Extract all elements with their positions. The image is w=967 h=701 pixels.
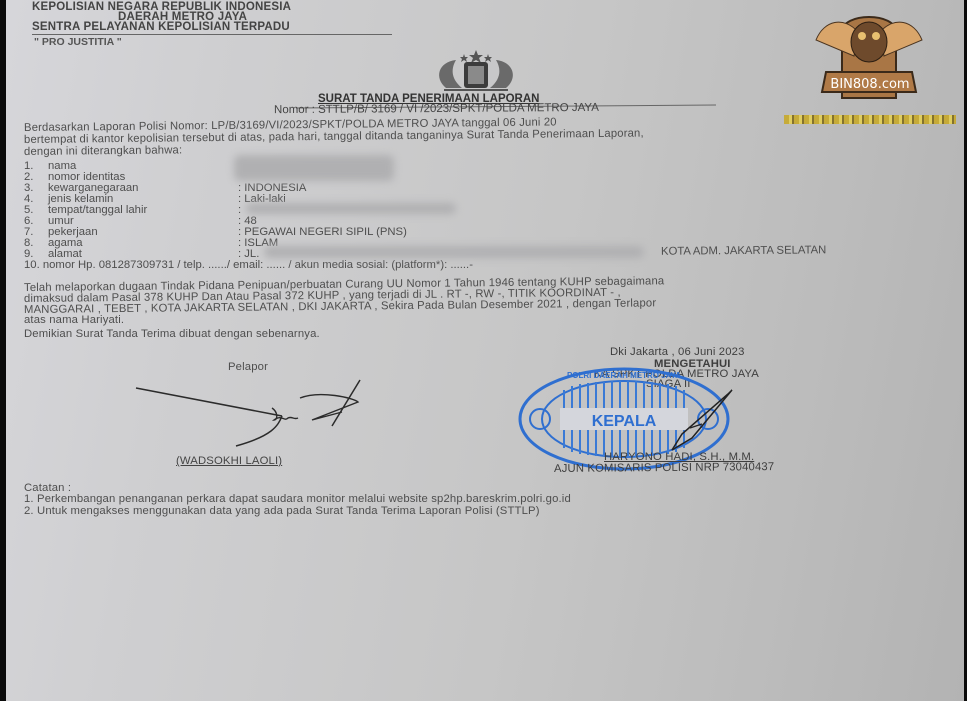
document-number: Nomor : STTLP/B/ 3169 / VI /2023/SPKT/PO… <box>274 102 599 116</box>
reporter-name: (WADSOKHI LAOLI) <box>176 455 282 467</box>
document-paper: KEPOLISIAN NEGARA REPUBLIK INDONESIA DAE… <box>6 0 964 701</box>
pro-justitia-label: " PRO JUSTITIA " <box>34 36 122 48</box>
official-rank: AJUN KOMISARIS POLISI NRP 73040437 <box>554 461 774 475</box>
field-value-address-city: KOTA ADM. JAKARTA SELATAN <box>661 244 826 257</box>
watermark-strip <box>784 115 956 124</box>
official-signature <box>662 388 736 454</box>
note-item-2: 2. Untuk mengakses menggunakan data yang… <box>24 505 540 517</box>
closing-statement: Demikian Surat Tanda Terima dibuat denga… <box>24 328 320 340</box>
intro-line-3: dengan ini diterangkan bahwa: <box>24 144 182 158</box>
note-item-1: 1. Perkembangan penanganan perkara dapat… <box>24 493 571 505</box>
report-line-4: atas nama Hariyati. <box>24 314 124 326</box>
stamp-center-text: KEPALA <box>592 413 657 430</box>
place-date: Dki Jakarta , 06 Juni 2023 <box>610 346 745 358</box>
reporter-signature <box>132 376 372 450</box>
watermark-text: BIN808.com <box>822 74 918 96</box>
redacted-birth <box>246 203 456 214</box>
header-unit: SENTRA PELAYANAN KEPOLISIAN TERPADU <box>32 21 290 33</box>
reporter-role: Pelapor <box>228 361 268 373</box>
redacted-name-id <box>234 155 394 181</box>
redacted-address <box>264 246 644 258</box>
police-crest-icon <box>426 48 526 94</box>
header-divider <box>32 34 392 35</box>
stamp-top-text: POLRI DAERAH METRO JAYA <box>567 371 681 380</box>
field-contact: 10. nomor Hp. 081287309731 / telp. .....… <box>24 259 473 271</box>
